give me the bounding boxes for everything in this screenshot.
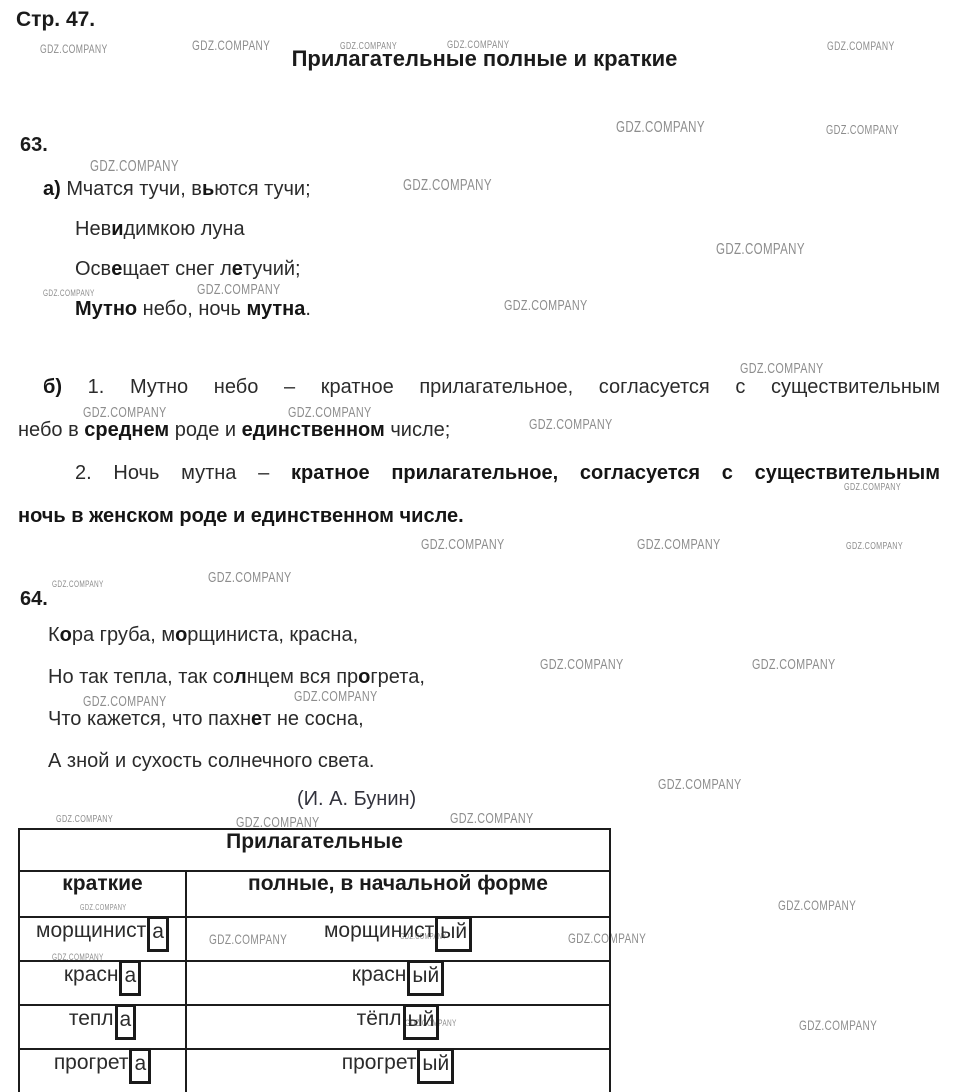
text-segment: рщиниста, красна, [187, 624, 358, 646]
text-segment: 1. Мутно небо – кратное прилагательное, … [62, 376, 940, 398]
ending-box: ый [435, 916, 472, 952]
analysis-line-2: небо в среднем роде и единственном числе… [18, 417, 450, 443]
exercise-64-number: 64. [20, 588, 48, 611]
poem-64-line-1: Кора груба, морщиниста, красна, [48, 622, 358, 648]
poem-63-line-1: а) Мчатся тучи, вьются тучи; [43, 176, 311, 202]
text-segment: . [305, 298, 311, 320]
exercise-63-number: 63. [20, 134, 48, 157]
full-form-cell: красный [186, 961, 610, 1005]
poem-63-line-3: Освещает снег летучий; [75, 256, 301, 282]
highlighted-letter: б) [43, 376, 62, 398]
text-segment: щает снег л [122, 258, 231, 280]
table-title-row: Прилагательные [19, 829, 610, 871]
text-segment: Что кажется, что пахн [48, 708, 251, 730]
text-segment: тучий; [243, 258, 301, 280]
text-segment: т не сосна, [262, 708, 364, 730]
full-form-cell: тёплый [186, 1005, 610, 1049]
poem-64-line-4: А зной и сухость солнечного света. [48, 748, 374, 774]
highlighted-letter: мутна [246, 298, 305, 320]
highlighted-letter: е [232, 258, 243, 280]
table-row: тепла тёплый [19, 1005, 610, 1049]
poem-64-line-2: Но так тепла, так солнцем вся прогрета, [48, 664, 425, 690]
highlighted-letter: о [358, 666, 370, 688]
text-segment: роде и [169, 419, 241, 441]
poem-64-line-3: Что кажется, что пахнет не сосна, [48, 706, 364, 732]
adjectives-table: Прилагательные краткие полные, в начальн… [18, 828, 611, 1092]
table-row: красна красный [19, 961, 610, 1005]
short-form-cell: прогрета [19, 1049, 186, 1092]
poem-63-line-4: Мутно небо, ночь мутна. [75, 296, 311, 322]
table-row: морщиниста морщинистый [19, 917, 610, 961]
full-form-cell: прогретый [186, 1049, 610, 1092]
page-title: Прилагательные полные и краткие [12, 46, 957, 72]
table-header-row: краткие полные, в начальной форме [19, 871, 610, 917]
highlighted-letter: е [251, 708, 262, 730]
analysis-line-3: 2. Ночь мутна – кратное прилагательное, … [75, 460, 940, 486]
full-form-cell: морщинистый [186, 917, 610, 961]
text-segment: грета, [370, 666, 425, 688]
text-segment: 2. Ночь мутна – [75, 462, 291, 484]
text-segment: ра груба, м [72, 624, 175, 646]
text-segment: ются тучи; [214, 178, 310, 200]
page-number-label: Стр. 47. [16, 8, 95, 32]
highlighted-letter: среднем [84, 419, 169, 441]
page-content: Стр. 47. Прилагательные полные и краткие… [0, 0, 957, 1092]
highlighted-letter: кратное прилагательное, согласуется с су… [291, 462, 940, 484]
highlighted-letter: единственном [242, 419, 385, 441]
text-segment: димкою луна [124, 218, 245, 240]
highlighted-letter: Мутно [75, 298, 137, 320]
ending-box: ый [417, 1048, 454, 1084]
highlighted-letter: о [60, 624, 72, 646]
highlighted-letter: ь [202, 178, 214, 200]
analysis-line-4: ночь в женском роде и единственном числе… [18, 503, 464, 529]
highlighted-letter: и [111, 218, 123, 240]
ending-box: ый [403, 1004, 440, 1040]
text-segment: нцем вся пр [247, 666, 358, 688]
column-header-full: полные, в начальной форме [186, 871, 610, 917]
poem-author: (И. А. Бунин) [297, 788, 416, 811]
text-segment: Мчатся тучи, в [61, 178, 202, 200]
highlighted-letter: о [175, 624, 187, 646]
ending-box: ый [407, 960, 444, 996]
text-segment: А зной и сухость солнечного света. [48, 750, 374, 772]
text-segment: Но так тепла, так со [48, 666, 234, 688]
text-segment: Нев [75, 218, 111, 240]
ending-box: а [115, 1004, 137, 1040]
highlighted-letter: ночь в женском роде и единственном числе… [18, 505, 464, 527]
text-segment: небо в [18, 419, 84, 441]
text-segment: К [48, 624, 60, 646]
ending-box: а [147, 916, 169, 952]
highlighted-letter: е [111, 258, 122, 280]
poem-63-line-2: Невидимкою луна [75, 216, 245, 242]
ending-box: а [129, 1048, 151, 1084]
document-page: { "page": { "page_label": "Стр. 47.", "t… [0, 0, 957, 1092]
highlighted-letter: л [234, 666, 247, 688]
text-segment: небо, ночь [137, 298, 246, 320]
analysis-line-1: б) 1. Мутно небо – кратное прилагательно… [43, 374, 940, 400]
short-form-cell: морщиниста [19, 917, 186, 961]
highlighted-letter: а) [43, 178, 61, 200]
ending-box: а [119, 960, 141, 996]
text-segment: Осв [75, 258, 111, 280]
short-form-cell: красна [19, 961, 186, 1005]
short-form-cell: тепла [19, 1005, 186, 1049]
column-header-short: краткие [19, 871, 186, 917]
table-row: прогрета прогретый [19, 1049, 610, 1092]
table-title: Прилагательные [19, 829, 610, 871]
text-segment: числе; [385, 419, 451, 441]
